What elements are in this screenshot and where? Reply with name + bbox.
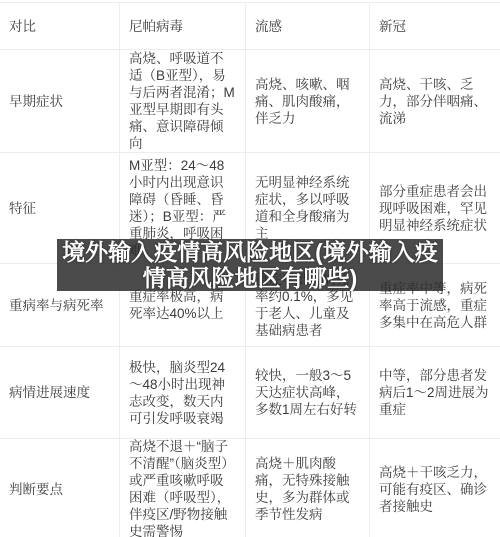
watermark-title-text: 境外输入疫情高风险地区(境外输入疫情高风险地区有哪些): [57, 239, 443, 291]
table-row-progression-speed: 病情进展速度 极快，脑炎型24～48小时出现神志改变，数天内可引发呼吸衰竭 较快…: [0, 346, 500, 438]
header-flu: 流感: [245, 3, 369, 49]
header-compare: 对比: [0, 3, 119, 49]
cell-covid: 高烧、干咳、乏力，部分伴咽痛、流涕: [369, 50, 500, 152]
table-row-judgment-points: 判断要点 高烧不退＋“脑子不清醒”（脑炎型）或严重咳嗽呼吸困难（呼吸型），伴疫区…: [0, 438, 500, 537]
table-header-row: 对比 尼帕病毒 流感 新冠: [0, 3, 500, 49]
cell-nipah: 高烧、呼吸道不适（B亚型），易与后两者混淆；M亚型早期即有头痛、意识障碍倾向: [119, 50, 245, 152]
header-covid: 新冠: [369, 3, 500, 49]
row-label: 判断要点: [0, 439, 119, 537]
cell-covid: 中等，部分患者发病后1～2周进展为重症: [369, 347, 500, 438]
row-label: 早期症状: [0, 50, 119, 152]
cell-nipah: 极快，脑炎型24～48小时出现神志改变，数天内可引发呼吸衰竭: [119, 347, 245, 438]
watermark-title-overlay: 境外输入疫情高风险地区(境外输入疫情高风险地区有哪些): [57, 239, 443, 291]
cell-flu: 高烧＋肌肉酸痛，无特殊接触史，多为群体或季节性发病: [245, 439, 369, 537]
row-label: 病情进展速度: [0, 347, 119, 438]
cell-flu: 高烧、咳嗽、咽痛、肌肉酸痛，伴乏力: [245, 50, 369, 152]
cell-nipah: 高烧不退＋“脑子不清醒”（脑炎型）或严重咳嗽呼吸困难（呼吸型），伴疫区/野物接触…: [119, 439, 245, 537]
header-nipah: 尼帕病毒: [119, 3, 245, 49]
comparison-page: 对比 尼帕病毒 流感 新冠 早期症状 高烧、呼吸道不适（B亚型），易与后两者混淆…: [0, 2, 500, 537]
cell-flu: 较快，一般3～5天达症状高峰，多数1周左右好转: [245, 347, 369, 438]
table-row-early-symptoms: 早期症状 高烧、呼吸道不适（B亚型），易与后两者混淆；M亚型早期即有头痛、意识障…: [0, 49, 500, 152]
cell-covid: 高烧＋干咳乏力，可能有疫区、确诊者接触史: [369, 439, 500, 537]
